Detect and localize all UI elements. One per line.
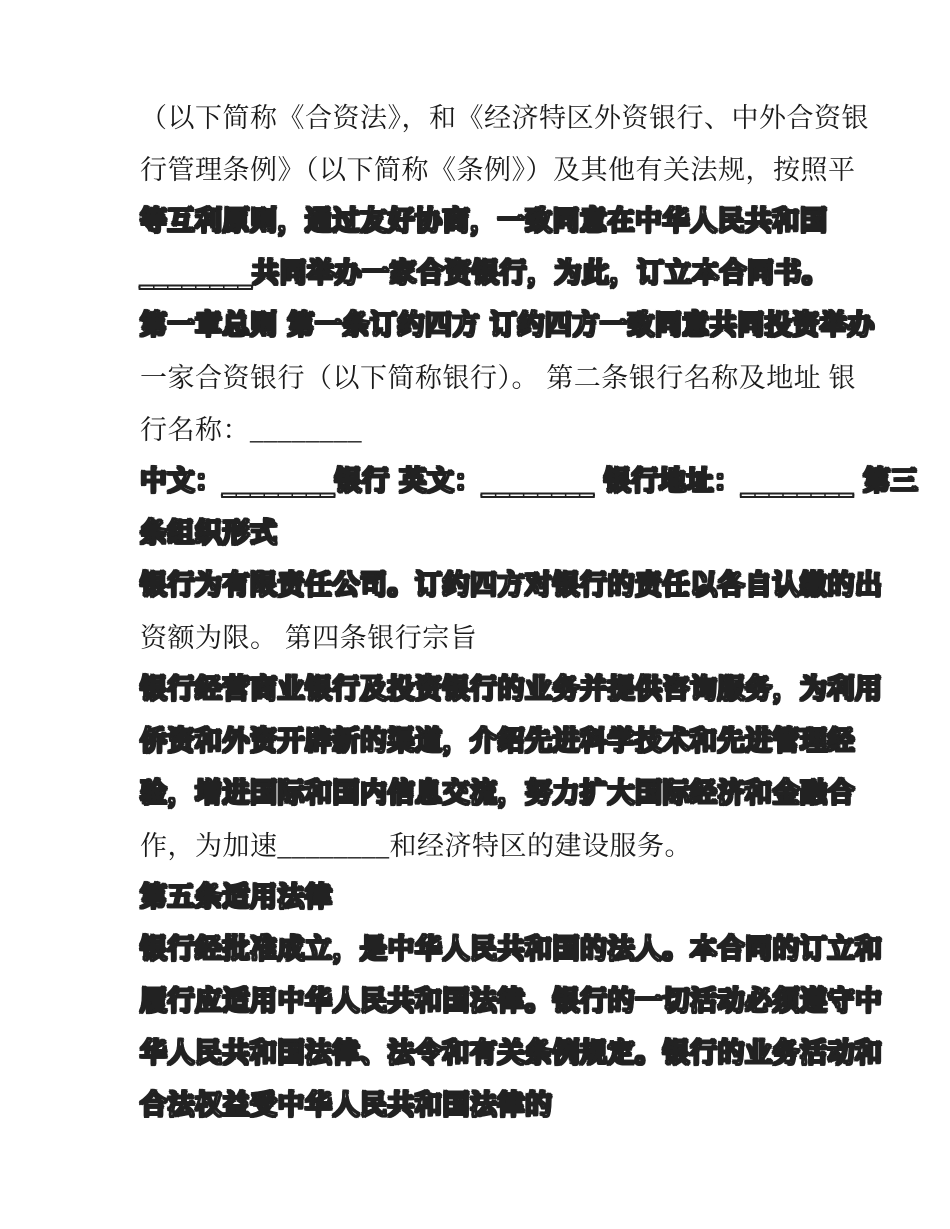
text-line: 第一章总则 第一条订约四方 订约四方一致同意共同投资举办: [140, 300, 830, 352]
text-line: 银行经营商业银行及投资银行的业务并提供咨询服务，为利用: [140, 664, 830, 716]
text-line: 第五条适用法律: [140, 872, 830, 924]
text-line: 作，为加速________和经济特区的建设服务。: [140, 820, 830, 872]
text-line: 一家合资银行（以下简称银行）。 第二条银行名称及地址 银: [140, 352, 830, 404]
document-text-block: （以下简称《合资法》，和《经济特区外资银行、中外合资银 行管理条例》（以下简称《…: [140, 92, 830, 1132]
text-line: 银行经批准成立，是中华人民共和国的法人。本合同的订立和: [140, 924, 830, 976]
text-line: （以下简称《合资法》，和《经济特区外资银行、中外合资银: [140, 92, 830, 144]
text-line: 银行为有限责任公司。订约四方对银行的责任以各自认缴的出: [140, 560, 830, 612]
text-line: 验，增进国际和国内信息交流，努力扩大国际经济和金融合: [140, 768, 830, 820]
text-line: 履行应适用中华人民共和国法律。银行的一切活动必须遵守中: [140, 976, 830, 1028]
text-line: 行名称：________: [140, 404, 830, 456]
text-line: 等互利原则，通过友好协商，一致同意在中华人民共和国: [140, 196, 830, 248]
text-line: 侨资和外资开辟新的渠道，介绍先进科学技术和先进管理经: [140, 716, 830, 768]
text-line: 华人民共和国法律、法令和有关条例规定。银行的业务活动和: [140, 1028, 830, 1080]
document-page: （以下简称《合资法》，和《经济特区外资银行、中外合资银 行管理条例》（以下简称《…: [0, 0, 950, 1229]
text-line: 资额为限。 第四条银行宗旨: [140, 612, 830, 664]
text-line: 行管理条例》（以下简称《条例》）及其他有关法规，按照平: [140, 144, 830, 196]
text-line: 条组织形式: [140, 508, 830, 560]
text-line: ________共同举办一家合资银行，为此，订立本合同书。: [140, 248, 830, 300]
text-line: 合法权益受中华人民共和国法律的: [140, 1080, 830, 1132]
text-line: 中文：________银行 英文：________ 银行地址：________ …: [140, 456, 830, 508]
